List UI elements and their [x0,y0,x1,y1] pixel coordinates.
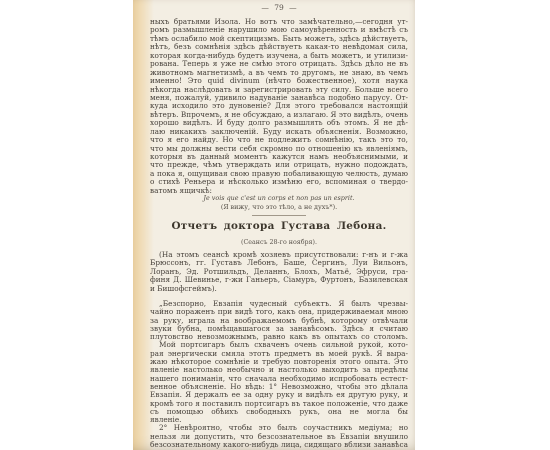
report-paragraph-3: 2° Невѣроятно, чтобы это былъ соучастник… [150,424,408,449]
section-heading: Отчетъ доктора Густава Лебона. [150,220,408,232]
report-paragraph-2: Мой портсигаръ былъ схваченъ очень сильн… [150,341,408,424]
paragraph-continuation: ныхъ братьями Изола. Но вотъ что замѣчат… [150,18,408,195]
report-body: „Безспорно, Евзапія чудесный субъектъ. Я… [150,300,408,449]
french-verse-quote: Je vois que c'est un corps et non pas un… [150,194,408,202]
report-paragraph-1: „Безспорно, Евзапія чудесный субъектъ. Я… [150,300,408,341]
report-paragraph-1-lines: „Безспорно, Евзапія чудесный субъектъ. Я… [150,300,408,341]
page-number: — 79 — [150,3,408,12]
scanned-book-page: — 79 — ныхъ братьями Изола. Но вотъ что … [133,0,415,450]
report-paragraph-2-last-line: явленіе. [150,416,408,424]
section-divider [150,215,408,216]
attendees-last-line: и Бишофсгеймъ). [150,285,408,293]
report-paragraph-2-lines: Мой портсигаръ былъ схваченъ очень сильн… [150,341,408,416]
attendees-note: (На этомъ сеансѣ кромѣ хозяевъ присутств… [150,251,408,293]
attendees-lines: (На этомъ сеансѣ кромѣ хозяевъ присутств… [150,251,408,285]
paragraph-continuation-lines: ныхъ братьями Изола. Но вотъ что замѣчат… [150,18,408,187]
divider-line [252,215,306,216]
report-paragraph-3-lines: 2° Невѣроятно, чтобы это былъ соучастник… [150,424,408,449]
russian-translation: (Я вижу, что это тѣло, а не духъ*). [150,203,408,211]
session-subheading: (Сеансъ 28-го ноября). [150,239,408,247]
